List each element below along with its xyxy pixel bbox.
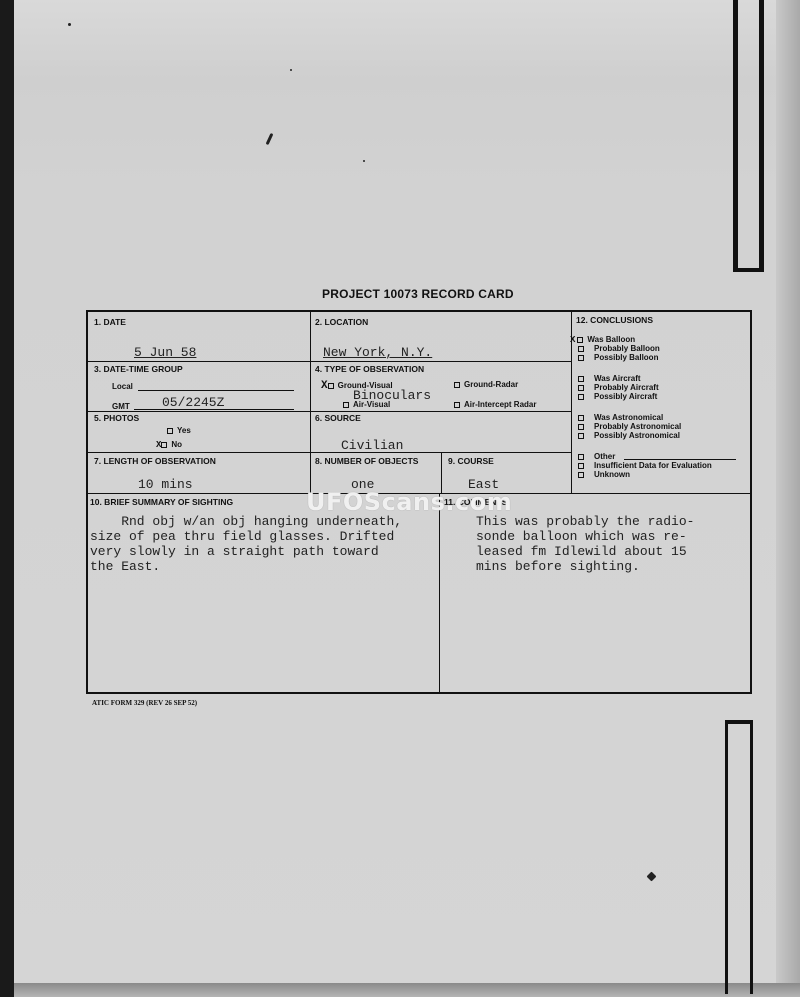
checkbox-icon: [578, 424, 584, 430]
conclusion-was-astronomical[interactable]: Was Astronomical: [578, 413, 663, 422]
date-label: 1. DATE: [94, 317, 126, 327]
gmt-label: GMT: [112, 402, 130, 411]
card-title: PROJECT 10073 RECORD CARD: [322, 287, 514, 301]
conclusion-insufficient-data[interactable]: Insufficient Data for Evaluation: [578, 461, 712, 470]
local-label: Local: [112, 382, 133, 391]
checkbox-icon: [578, 472, 584, 478]
photos-cell: 5. PHOTOS Yes XNo: [88, 412, 311, 453]
scan-left-edge: [0, 0, 14, 997]
x-mark-icon: X: [570, 335, 575, 345]
checkbox-icon: [578, 385, 584, 391]
source-value: Civilian: [341, 438, 403, 453]
conclusion-possibly-astronomical[interactable]: Possibly Astronomical: [578, 431, 680, 440]
ground-radar-option[interactable]: Ground-Radar: [454, 380, 518, 389]
checkbox-icon: [343, 402, 349, 408]
dust-speck: [363, 160, 365, 162]
scan-bottom-shadow: [14, 983, 800, 997]
local-line: [138, 390, 294, 391]
conclusion-probably-astronomical[interactable]: Probably Astronomical: [578, 422, 681, 431]
binding-bracket-top: [733, 0, 764, 272]
length-value: 10 mins: [138, 477, 193, 492]
conclusion-probably-balloon[interactable]: Probably Balloon: [578, 344, 660, 353]
dtg-label: 3. DATE-TIME GROUP: [94, 364, 183, 374]
location-label: 2. LOCATION: [315, 317, 368, 327]
other-line: [624, 459, 736, 460]
scan-right-shadow: [776, 0, 800, 997]
type-of-observation-cell: 4. TYPE OF OBSERVATION XGround-Visual Gr…: [311, 362, 572, 412]
conclusion-unknown[interactable]: Unknown: [578, 470, 630, 479]
gmt-value: 05/2245Z: [162, 395, 224, 410]
dust-speck: [68, 23, 71, 26]
checkbox-icon: [454, 402, 460, 408]
location-cell: 2. LOCATION New York, N.Y.: [311, 312, 572, 362]
length-of-observation-cell: 7. LENGTH OF OBSERVATION 10 mins: [88, 453, 311, 494]
photos-label: 5. PHOTOS: [94, 413, 139, 423]
checkbox-icon: [578, 346, 584, 352]
conclusion-possibly-balloon[interactable]: Possibly Balloon: [578, 353, 658, 362]
observation-note: Binoculars: [353, 388, 431, 403]
source-label: 6. SOURCE: [315, 413, 361, 423]
photos-yes-option[interactable]: Yes: [167, 426, 191, 435]
conclusion-was-aircraft[interactable]: Was Aircraft: [578, 374, 641, 383]
conclusion-possibly-aircraft[interactable]: Possibly Aircraft: [578, 392, 657, 401]
comments-cell: 11. COMMENTS This was probably the radio…: [440, 494, 750, 692]
conclusion-other[interactable]: Other: [578, 452, 615, 461]
watermark: UFOScans.com: [306, 488, 512, 516]
brief-summary-text: Rnd obj w/an obj hanging underneath, siz…: [90, 514, 402, 574]
date-cell: 1. DATE 5 Jun 58: [88, 312, 311, 362]
number-of-objects-label: 8. NUMBER OF OBJECTS: [315, 456, 418, 466]
checkbox-icon: [578, 355, 584, 361]
checkbox-icon: [578, 376, 584, 382]
binding-bracket-bottom: [725, 720, 753, 994]
checkbox-icon: [578, 433, 584, 439]
date-value: 5 Jun 58: [134, 345, 196, 360]
checkbox-icon: [578, 415, 584, 421]
checkbox-icon: [578, 463, 584, 469]
checkbox-icon: [577, 337, 583, 343]
photos-no-option[interactable]: XNo: [156, 440, 182, 450]
checkbox-icon: [578, 394, 584, 400]
checkbox-icon: [578, 454, 584, 460]
date-time-group-cell: 3. DATE-TIME GROUP Local GMT 05/2245Z: [88, 362, 311, 412]
source-cell: 6. SOURCE Civilian: [311, 412, 572, 453]
checkbox-icon: [167, 428, 173, 434]
comments-text: This was probably the radio- sonde ballo…: [476, 514, 694, 574]
location-value: New York, N.Y.: [323, 345, 432, 360]
course-label: 9. COURSE: [448, 456, 494, 466]
brief-summary-cell: 10. BRIEF SUMMARY OF SIGHTING Rnd obj w/…: [88, 494, 440, 692]
conclusions-cell: 12. CONCLUSIONS XWas Balloon Probably Ba…: [572, 312, 750, 494]
length-label: 7. LENGTH OF OBSERVATION: [94, 456, 216, 466]
checkbox-icon: [161, 442, 167, 448]
x-mark-icon: X: [321, 380, 328, 392]
type-of-observation-label: 4. TYPE OF OBSERVATION: [315, 364, 424, 374]
conclusion-probably-aircraft[interactable]: Probably Aircraft: [578, 383, 659, 392]
dust-speck: [290, 69, 292, 71]
checkbox-icon: [328, 383, 334, 389]
brief-summary-label: 10. BRIEF SUMMARY OF SIGHTING: [90, 497, 233, 507]
conclusions-label: 12. CONCLUSIONS: [576, 315, 653, 325]
checkbox-icon: [454, 382, 460, 388]
form-footer: ATIC FORM 329 (REV 26 SEP 52): [92, 699, 197, 707]
air-intercept-radar-option[interactable]: Air-Intercept Radar: [454, 400, 536, 409]
